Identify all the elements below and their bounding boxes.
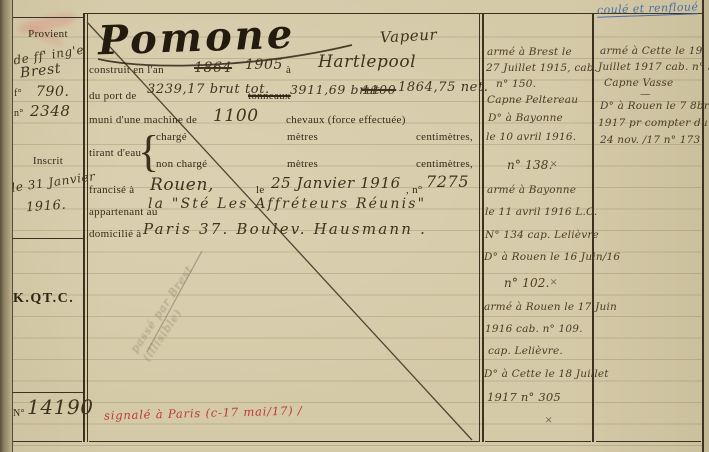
metres-label: mètres	[287, 131, 318, 143]
armement1-line: 27 Juillet 1915, cab.	[486, 62, 597, 74]
armement4-line: armé à Cette le 19	[600, 45, 703, 57]
separator-dash: —	[640, 88, 651, 100]
owner-value: la "Sté Les Affréteurs Réunis"	[148, 196, 426, 212]
bottom-border-left	[13, 441, 82, 442]
armement3-line: D° à Cette le 18 Juillet	[484, 368, 609, 380]
armement2-line: N° 134 cap. Lelièvre	[485, 229, 599, 241]
armement4-line: D° à Rouen le 7 8bre	[600, 100, 709, 112]
signal-code: K.QT.C.	[13, 291, 74, 307]
left-column-top-border	[12, 17, 84, 18]
armement4-line: 24 nov. /17 n° 173	[600, 134, 700, 146]
draft-label: tirant d'eau	[89, 147, 141, 159]
bottom-number-value: 14190	[27, 395, 94, 419]
armement3-line: armé à Rouen le 17 Juin	[484, 301, 617, 313]
bottom-border-right	[596, 441, 701, 442]
red-signal-note: signalé à Paris (c-17 mai/17) /	[104, 403, 303, 422]
check-mark: ×	[545, 412, 552, 428]
inscrit-date-line2: 1916.	[26, 198, 67, 216]
armement4-line: Capne Vasse	[604, 77, 673, 89]
left-column-border	[83, 13, 85, 442]
armement4-line: 1917 pr compter du	[598, 117, 708, 129]
armement3-number: 1917 n° 305	[487, 390, 561, 404]
armement1-number: n° 138.	[507, 158, 553, 172]
ship-type: Vapeur	[380, 26, 438, 47]
francise-no-value: 7275	[426, 172, 469, 191]
armement3-line: 1916 cab. n° 109.	[485, 323, 583, 335]
armement1-line: Capne Peltereau	[487, 94, 578, 106]
armement1-line: D° à Bayonne	[488, 112, 563, 124]
bottom-border-mid	[485, 441, 591, 442]
card-left-edge	[0, 0, 12, 452]
built-at-label: à	[286, 64, 291, 76]
left-column-border-inner	[87, 13, 88, 442]
armement2-line: le 11 avril 1916 L.C.	[485, 206, 597, 218]
left-margin-line	[12, 0, 13, 452]
tonnage-label: du port de	[89, 90, 137, 102]
armement1-line: le 10 avril 1916.	[486, 131, 576, 143]
engine-power-value: 1100	[213, 106, 259, 126]
horsepower-label: chevaux (force effectuée)	[286, 114, 406, 126]
engine-label: muni d'une machine de	[89, 114, 197, 126]
folio-value: 790.	[36, 84, 70, 100]
built-year-value: 1905	[245, 57, 283, 73]
francise-place: Rouen,	[150, 175, 214, 195]
registry-no-value: 2348	[30, 102, 71, 120]
pencil-annotation: passé par Brest (illisible)	[128, 263, 208, 363]
tonneaux-struck-label: tonneaux	[248, 90, 291, 102]
built-place: Hartlepool	[318, 52, 416, 72]
centimetres-label: centimètres,	[416, 158, 473, 170]
provient-port-handwritten: Brest	[19, 61, 62, 82]
francise-label: francisé à	[89, 184, 134, 196]
folio-label: f°	[14, 88, 22, 99]
domicile-value: Paris 37. Boulev. Hausmann .	[143, 220, 427, 238]
inscrit-label: Inscrit	[12, 155, 84, 167]
draft-loaded-label: chargé	[156, 131, 187, 143]
bottom-number-label: N°	[13, 408, 25, 419]
metres-label: mètres	[287, 158, 318, 170]
left-column-divider	[12, 392, 83, 393]
armement3-line: cap. Lelièvre.	[488, 345, 563, 357]
centimetres-label: centimètres,	[416, 131, 473, 143]
ship-registry-card: Provient de ff' ing'e Brest f° 790. n° 2…	[0, 0, 709, 452]
armement2-line: armé à Bayonne	[487, 184, 576, 196]
francise-no-label: , n°	[406, 184, 423, 196]
check-mark: ×	[550, 156, 557, 172]
francise-date: 25 Janvier 1916	[271, 174, 401, 192]
draft-unloaded-label: non chargé	[156, 158, 207, 170]
blue-ink-note: coulé et renfloué	[597, 0, 699, 18]
built-year-label: construit en l'an	[89, 64, 164, 76]
check-mark: ×	[550, 274, 557, 290]
domicile-label: domicilié à	[89, 228, 141, 240]
armement2-number: n° 102.	[504, 276, 550, 290]
tonnage-struck-value: 1100	[362, 82, 396, 97]
tonnage-net: 1864,75 net.	[398, 80, 489, 95]
armement1-line: armé à Brest le	[487, 46, 572, 58]
bottom-border-main	[89, 441, 479, 442]
armement2-line: D° à Rouen le 16 Juin/16	[484, 251, 620, 263]
registry-no-label: n°	[14, 108, 24, 119]
main-right-border-inner	[479, 13, 480, 442]
francise-le-label: le	[256, 184, 265, 196]
built-year-struck: 1864	[194, 60, 232, 76]
provient-label: Provient	[12, 28, 84, 40]
left-column-divider	[12, 238, 83, 239]
armement4-line: Juillet 1917 cab. n° 307	[598, 61, 709, 73]
armement1-line: n° 150.	[496, 78, 536, 90]
